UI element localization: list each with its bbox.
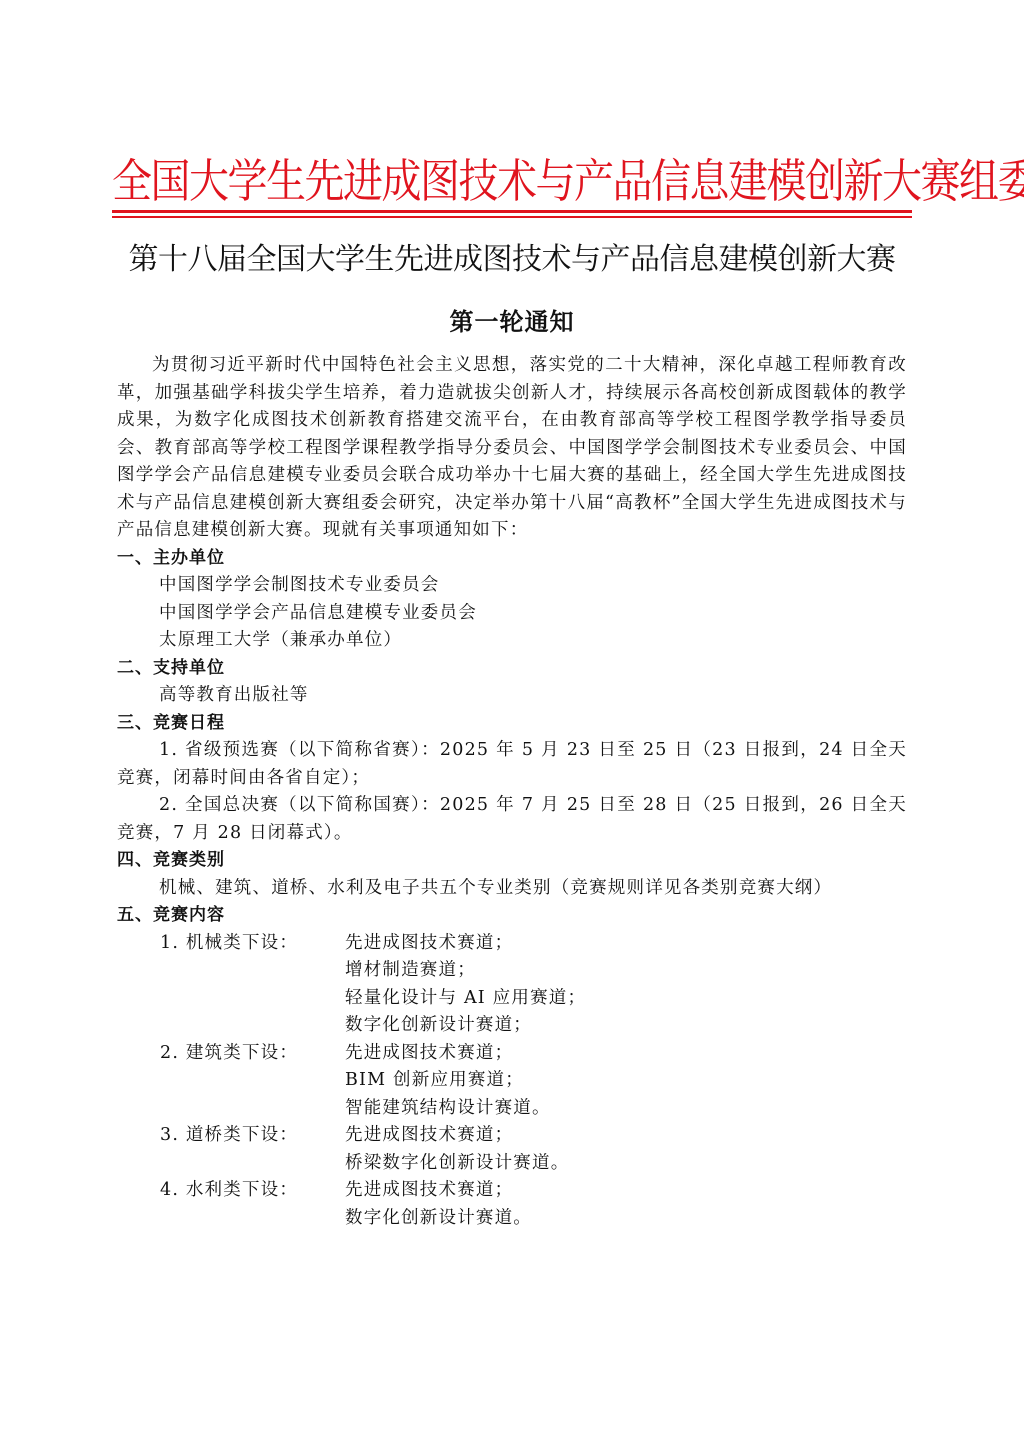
section-heading-categories: 四、竞赛类别: [117, 847, 907, 875]
organizer-line: 中国图学学会产品信息建模专业委员会: [117, 600, 907, 628]
track-item: BIM 创新应用赛道；: [345, 1067, 907, 1095]
track-list: 先进成图技术赛道； 数字化创新设计赛道。: [345, 1177, 907, 1232]
track-list: 先进成图技术赛道； 桥梁数字化创新设计赛道。: [345, 1122, 907, 1177]
track-item: 先进成图技术赛道；: [345, 1177, 907, 1205]
track-item: 轻量化设计与 AI 应用赛道；: [345, 985, 907, 1013]
track-group-label: 2. 建筑类下设：: [117, 1040, 345, 1123]
schedule-item: 2. 全国总决赛（以下简称国赛）：2025 年 7 月 25 日至 28 日（2…: [117, 792, 907, 847]
organizer-line: 中国图学学会制图技术专业委员会: [117, 572, 907, 600]
organization-header: 全国大学生先进成图技术与产品信息建模创新大赛组委会: [112, 150, 912, 214]
track-list: 先进成图技术赛道； 增材制造赛道； 轻量化设计与 AI 应用赛道； 数字化创新设…: [345, 930, 907, 1040]
track-item: 先进成图技术赛道；: [345, 1122, 907, 1150]
document-body: 为贯彻习近平新时代中国特色社会主义思想，落实党的二十大精神，深化卓越工程师教育改…: [117, 352, 907, 1232]
track-list: 先进成图技术赛道； BIM 创新应用赛道； 智能建筑结构设计赛道。: [345, 1040, 907, 1123]
categories-line: 机械、建筑、道桥、水利及电子共五个专业类别（竞赛规则详见各类别竞赛大纲）: [117, 875, 907, 903]
track-group-mechanical: 1. 机械类下设： 先进成图技术赛道； 增材制造赛道； 轻量化设计与 AI 应用…: [117, 930, 907, 1040]
schedule-item: 1. 省级预选赛（以下简称省赛）：2025 年 5 月 23 日至 25 日（2…: [117, 737, 907, 792]
track-group-architecture: 2. 建筑类下设： 先进成图技术赛道； BIM 创新应用赛道； 智能建筑结构设计…: [117, 1040, 907, 1123]
track-group-label: 4. 水利类下设：: [117, 1177, 345, 1232]
intro-paragraph: 为贯彻习近平新时代中国特色社会主义思想，落实党的二十大精神，深化卓越工程师教育改…: [117, 352, 907, 545]
section-heading-content: 五、竞赛内容: [117, 902, 907, 930]
track-group-label: 1. 机械类下设：: [117, 930, 345, 1040]
track-group-hydraulic: 4. 水利类下设： 先进成图技术赛道； 数字化创新设计赛道。: [117, 1177, 907, 1232]
track-item: 桥梁数字化创新设计赛道。: [345, 1150, 907, 1178]
header-divider-thin: [112, 216, 912, 218]
track-item: 数字化创新设计赛道。: [345, 1205, 907, 1233]
document-page: 全国大学生先进成图技术与产品信息建模创新大赛组委会 第十八届全国大学生先进成图技…: [0, 0, 1024, 1448]
document-title: 第十八届全国大学生先进成图技术与产品信息建模创新大赛: [112, 238, 912, 282]
track-item: 先进成图技术赛道；: [345, 1040, 907, 1068]
track-item: 增材制造赛道；: [345, 957, 907, 985]
section-heading-organizers: 一、主办单位: [117, 545, 907, 573]
organizer-line: 太原理工大学（兼承办单位）: [117, 627, 907, 655]
track-group-label: 3. 道桥类下设：: [117, 1122, 345, 1177]
section-heading-schedule: 三、竞赛日程: [117, 710, 907, 738]
supporter-line: 高等教育出版社等: [117, 682, 907, 710]
track-item: 先进成图技术赛道；: [345, 930, 907, 958]
document-subtitle: 第一轮通知: [112, 302, 912, 342]
track-group-roads-bridges: 3. 道桥类下设： 先进成图技术赛道； 桥梁数字化创新设计赛道。: [117, 1122, 907, 1177]
track-item: 智能建筑结构设计赛道。: [345, 1095, 907, 1123]
section-heading-supporters: 二、支持单位: [117, 655, 907, 683]
track-item: 数字化创新设计赛道；: [345, 1012, 907, 1040]
header-divider-thick: [112, 210, 912, 213]
